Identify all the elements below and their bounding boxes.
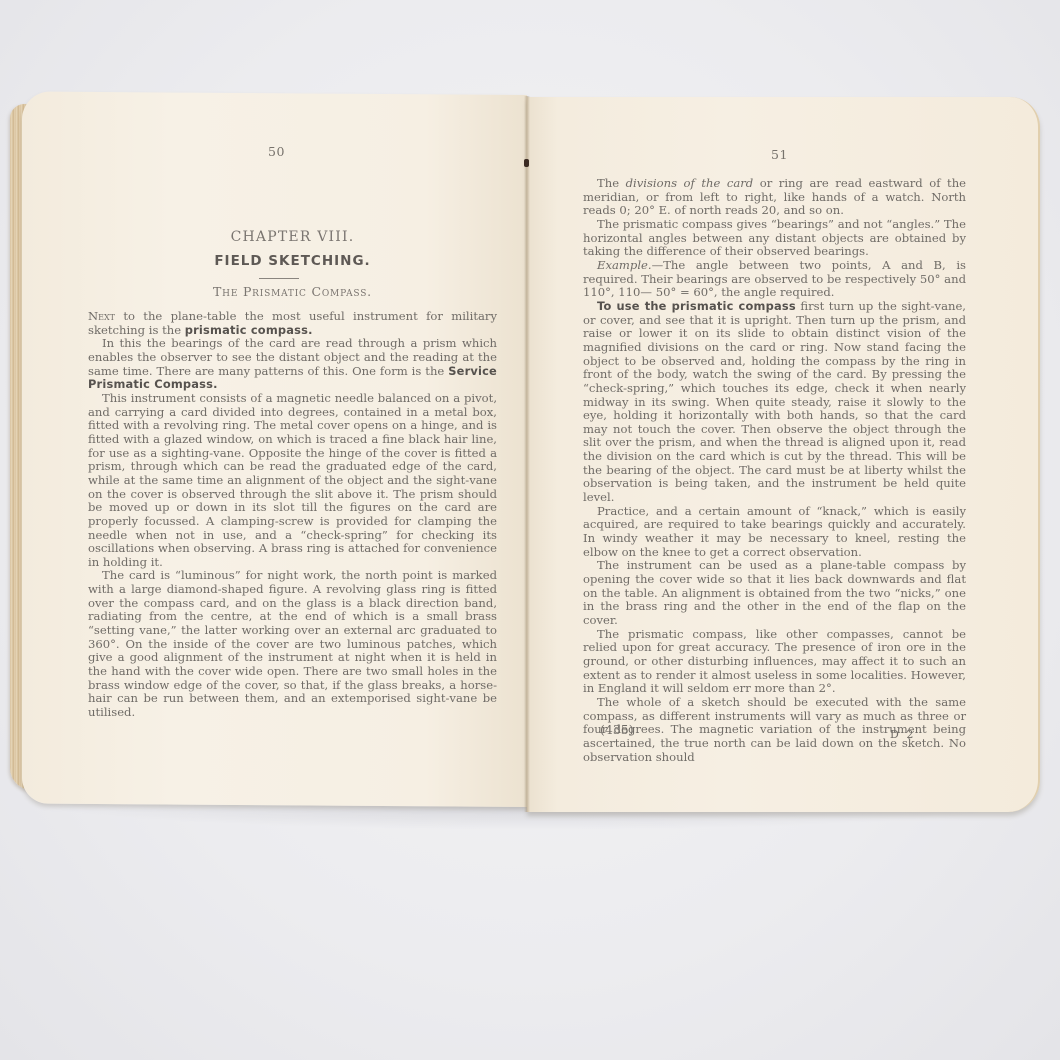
right-page-number: 51 — [771, 147, 788, 162]
paragraph: The card is “luminous” for night work, t… — [88, 569, 497, 719]
section-title: The Prismatic Compass. — [88, 284, 497, 299]
print-number: (435) — [600, 722, 634, 737]
left-page-number: 50 — [268, 144, 285, 159]
paragraph-text: first turn up the sight-vane, or cover, … — [583, 299, 966, 504]
paragraph: This instrument consists of a magnetic n… — [88, 392, 497, 570]
signature-mark: D 2 — [890, 728, 915, 741]
left-page-body: Next to the plane-table the most useful … — [88, 310, 497, 720]
drop-lead-word: Next — [88, 309, 115, 323]
paragraph: The prismatic compass gives “bearings” a… — [583, 218, 966, 259]
book-gutter — [524, 96, 530, 812]
bold-term: To use the prismatic compass — [597, 299, 796, 313]
paragraph: Practice, and a certain amount of “knack… — [583, 505, 966, 560]
bold-term: prismatic compass. — [185, 323, 313, 337]
paragraph: Next to the plane-table the most useful … — [88, 310, 497, 337]
paragraph: To use the prismatic compass first turn … — [583, 300, 966, 505]
right-page-body: The divisions of the card or ring are re… — [583, 177, 966, 764]
paragraph: The prismatic compass, like other compas… — [583, 628, 966, 696]
chapter-title: FIELD SKETCHING. — [88, 253, 497, 269]
paragraph: The divisions of the card or ring are re… — [583, 177, 966, 218]
paragraph-text: In this the bearings of the card are rea… — [88, 336, 497, 377]
binding-thread — [524, 159, 529, 167]
italic-term: divisions of the card — [626, 176, 754, 190]
paragraph: The instrument can be used as a plane-ta… — [583, 559, 966, 627]
title-rule — [259, 278, 299, 279]
italic-term: Example. — [597, 258, 652, 272]
paragraph-text: The — [597, 176, 626, 190]
chapter-label: CHAPTER VIII. — [88, 229, 497, 245]
paragraph: Example.—The angle between two points, A… — [583, 259, 966, 300]
paragraph: In this the bearings of the card are rea… — [88, 337, 497, 392]
